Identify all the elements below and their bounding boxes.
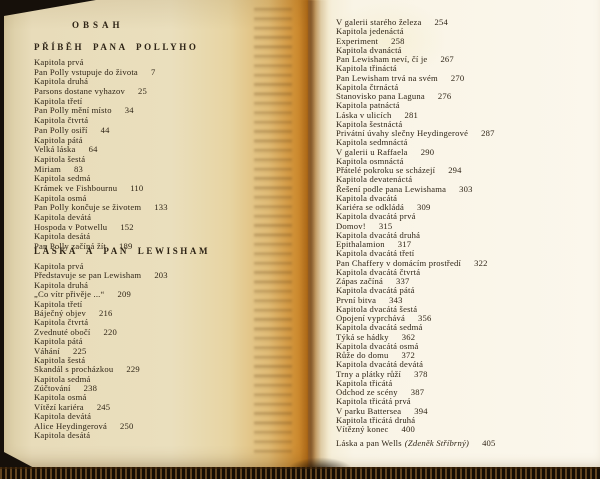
entry-page-number: 110 [130,184,143,194]
toc-entry-final: Láska a pan Wells(Zdeněk Stříbrný)405 [336,439,496,448]
entry-label: Kapitola pátá [34,135,83,145]
section-heading: PŘÍBĚH PANA POLLYHO [34,42,198,52]
entry-page-number: 387 [411,388,425,397]
entry-label: Kapitola šestá [34,154,85,164]
entry-page-number: 270 [451,74,465,83]
entry-page-number: 254 [435,18,449,27]
entry-label: Kapitola devátá [34,212,91,222]
entry-page-number: 64 [89,145,98,155]
entry-label: Krámek ve Fishbournu [34,183,117,193]
entry-label: Hospoda v Potwellu [34,222,107,232]
section-heading: LÁSKA A PAN LEWISHAM [34,246,210,256]
entry-label: Kapitola desátá [34,430,90,440]
entry-label: Miriam [34,164,61,174]
entry-page-number: 7 [151,68,156,78]
entry-page-number: 209 [118,290,132,299]
entry-label: Velká láska [34,144,76,154]
entry-page-number: 245 [97,403,111,412]
entry-label: Pan Polly končuje se životem [34,202,141,212]
book-bottom-edge [0,467,600,479]
toc-section-pribeh-pana-pollyho: PŘÍBĚH PANA POLLYHO Kapitola prváPan Pol… [34,42,198,252]
entry-page-number: 394 [414,407,428,416]
entry-label: Vítězný konec [336,424,388,434]
entry-label: Kapitola prvá [34,57,84,67]
entry-label: Pan Polly vstupuje do života [34,67,138,77]
entry-page-number: 309 [417,203,431,212]
entry-label: Pan Polly mění místo [34,105,112,115]
entry-label: Láska a pan Wells [336,438,402,448]
entry-page-number: 287 [481,129,495,138]
entry-label: Kapitola čtvrtá [34,115,88,125]
entry-page-number: 378 [414,370,428,379]
entry-page-number: 133 [154,203,168,213]
entry-label: Kapitola sedmá [34,173,91,183]
toc-entry: Vítězný konec400 [336,425,496,434]
entry-page-number: 303 [459,185,473,194]
entry-label-italic: (Zdeněk Stříbrný) [405,438,469,448]
entry-page-number: 400 [401,425,415,434]
entry-page-number: 294 [448,166,462,175]
entry-label: Kapitola třetí [34,96,82,106]
toc-list: V galerii starého železa254Kapitola jede… [336,18,496,434]
entry-page-number: 220 [104,328,118,337]
entry-label: Parsons dostane vyhazov [34,86,125,96]
entry-page-number: 290 [421,148,435,157]
entry-page-number: 281 [405,111,419,120]
toc-entry: Kapitola pátá [34,337,210,346]
entry-page-number: 276 [438,92,452,101]
entry-label: Kapitola druhá [34,76,88,86]
book-spread-photo: OBSAH PŘÍBĚH PANA POLLYHO Kapitola prváP… [0,0,600,479]
entry-page-number: 267 [440,55,454,64]
entry-page-number: 229 [126,365,140,374]
toc-list: Kapitola prváPředstavuje se pan Lewisham… [34,262,210,440]
entry-label: Pan Polly osiří [34,125,88,135]
entry-label: Kapitola desátá [34,231,90,241]
toc-list: Kapitola prváPan Polly vstupuje do život… [34,58,198,252]
entry-page-number: 44 [101,126,110,136]
entry-label: Kapitola osmá [34,193,86,203]
toc-right-page-column: V galerii starého železa254Kapitola jede… [336,18,496,449]
toc-header: OBSAH [72,20,124,30]
entry-page-number: 322 [474,259,488,268]
toc-section-laska-a-pan-lewisham: LÁSKA A PAN LEWISHAM Kapitola prváPředst… [34,246,210,440]
entry-page-number: 216 [99,309,113,318]
page-bleed-texture [254,8,292,454]
entry-page-number: 250 [120,422,134,431]
entry-page-number: 25 [138,87,147,97]
toc-entry: Kapitola desátá [34,431,210,440]
entry-page-number: 203 [154,271,168,280]
entry-page-number: 152 [120,223,134,233]
entry-page-number: 405 [482,439,496,448]
entry-page-number: 34 [125,106,134,116]
